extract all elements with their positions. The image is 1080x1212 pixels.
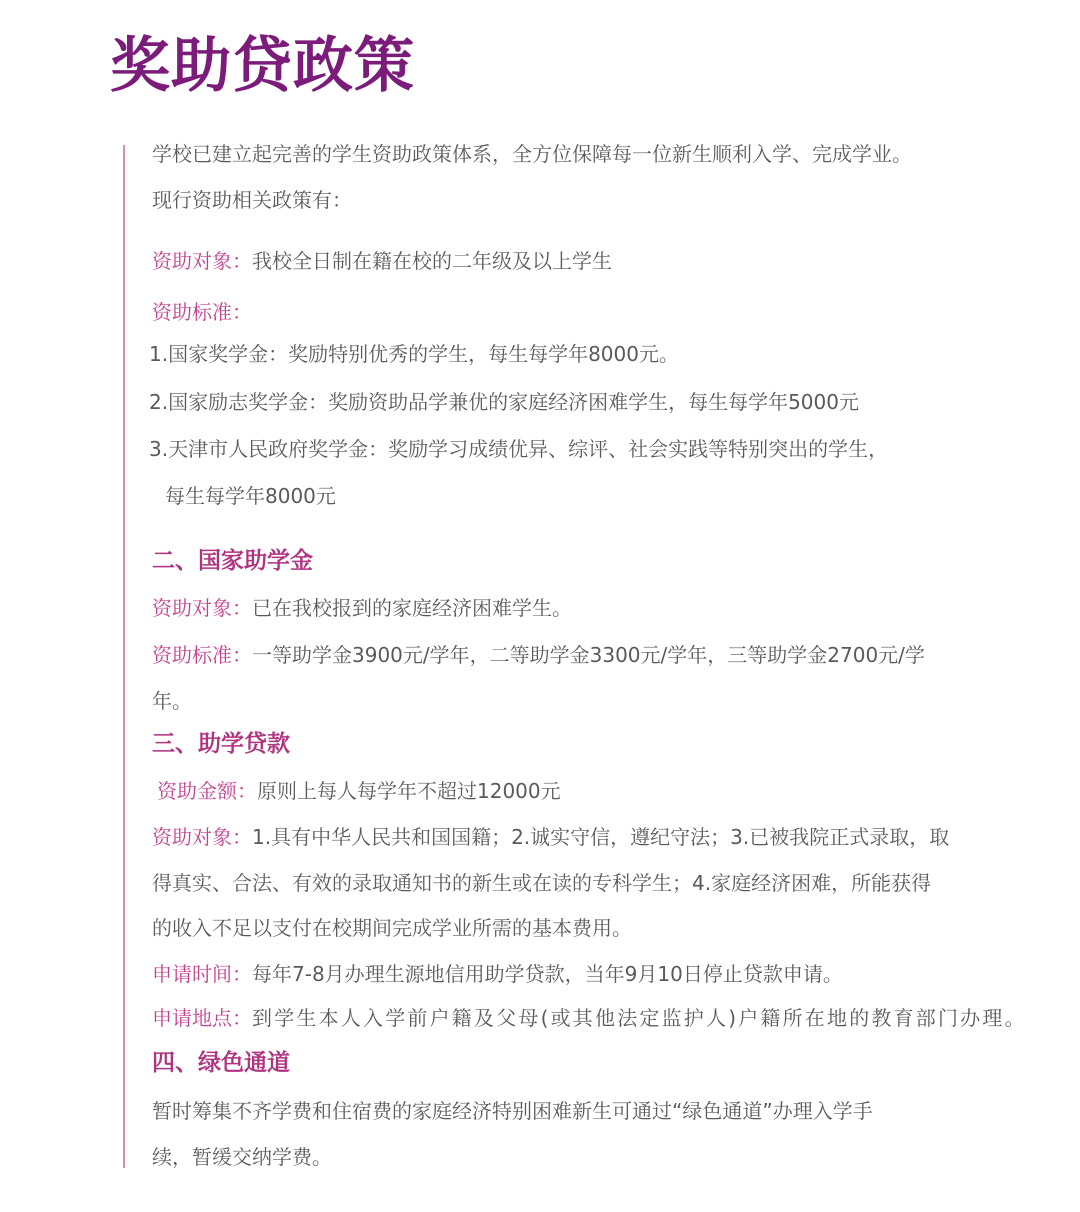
section2-standard-label: 资助标准： [152,643,252,667]
accent-divider-line [123,145,125,1168]
section1-standard-label: 资助标准： [152,300,252,324]
section2-target-row: 资助对象：已在我校报到的家庭经济困难学生。 [152,594,572,622]
section1-target-row: 资助对象：我校全日制在籍在校的二年级及以上学生 [152,247,612,275]
section2-heading: 二、国家助学金 [152,546,313,576]
scholarship-item-3: 3.天津市人民政府奖学金：奖励学习成绩优异、综评、社会实践等特别突出的学生， [149,435,888,463]
section2-standard-row: 资助标准：一等助学金3900元/学年，二等助学金3300元/学年，三等助学金27… [152,641,925,669]
section3-amount-row: 资助金额：原则上每人每学年不超过12000元 [157,777,561,805]
section3-target-text: 1.具有中华人民共和国国籍；2.诚实守信，遵纪守法；3.已被我院正式录取，取 [252,825,949,849]
section2-target-label: 资助对象： [152,596,252,620]
scholarship-item-1: 1.国家奖学金：奖励特别优秀的学生，每生每学年8000元。 [149,340,679,368]
scholarship-item-3-continued: 每生每学年8000元 [165,482,336,510]
section4-heading: 四、绿色通道 [152,1048,290,1078]
section3-amount-label: 资助金额： [157,779,257,803]
section3-target-row: 资助对象：1.具有中华人民共和国国籍；2.诚实守信，遵纪守法；3.已被我院正式录… [152,823,949,851]
section3-place-label: 申请地点： [152,1006,252,1030]
section3-place-text: 到学生本人入学前户籍及父母(或其他法定监护人)户籍所在地的教育部门办理。 [252,1006,1027,1030]
section3-time-text: 每年7-8月办理生源地信用助学贷款，当年9月10日停止贷款申请。 [252,962,843,986]
intro-line-2: 现行资助相关政策有： [152,186,352,214]
scholarship-item-2: 2.国家励志奖学金：奖励资助品学兼优的家庭经济困难学生，每生每学年5000元 [149,388,859,416]
page-title: 奖助贷政策 [110,30,415,102]
section3-heading: 三、助学贷款 [152,729,290,759]
intro-line-1: 学校已建立起完善的学生资助政策体系，全方位保障每一位新生顺利入学、完成学业。 [152,140,912,168]
section2-target-text: 已在我校报到的家庭经济困难学生。 [252,596,572,620]
section2-standard-text: 一等助学金3900元/学年，二等助学金3300元/学年，三等助学金2700元/学 [252,643,925,667]
section4-text: 暂时筹集不齐学费和住宿费的家庭经济特别困难新生可通过“绿色通道”办理入学手 [152,1097,873,1125]
section3-time-row: 申请时间：每年7-8月办理生源地信用助学贷款，当年9月10日停止贷款申请。 [152,960,843,988]
section4-text-continued: 续，暂缓交纳学费。 [152,1143,332,1171]
section2-standard-continued: 年。 [152,687,192,715]
section3-target-continued-2: 的收入不足以支付在校期间完成学业所需的基本费用。 [152,914,632,942]
section3-amount-text: 原则上每人每学年不超过12000元 [257,779,561,803]
section1-target-label: 资助对象： [152,249,252,273]
section3-target-label: 资助对象： [152,825,252,849]
section3-target-continued-1: 得真实、合法、有效的录取通知书的新生或在读的专科学生；4.家庭经济困难，所能获得 [152,869,931,897]
section3-place-row: 申请地点：到学生本人入学前户籍及父母(或其他法定监护人)户籍所在地的教育部门办理… [152,1004,1027,1032]
section3-time-label: 申请时间： [152,962,252,986]
section1-target-text: 我校全日制在籍在校的二年级及以上学生 [252,249,612,273]
section1-standard-row: 资助标准： [152,298,252,326]
